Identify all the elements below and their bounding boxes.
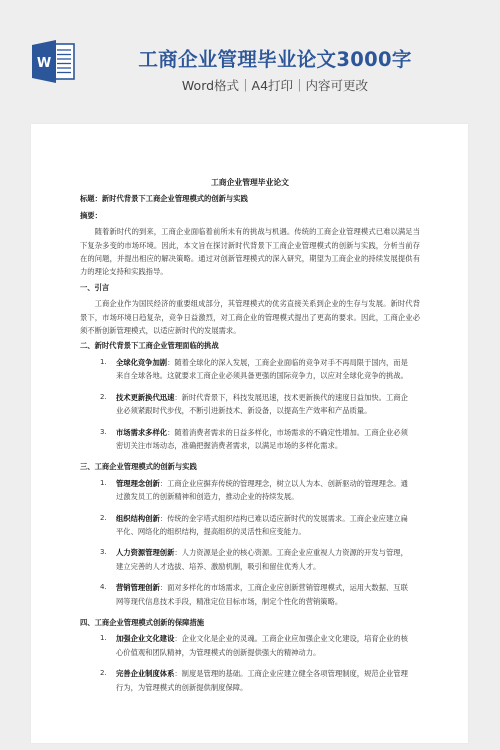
section-heading: 二、新时代背景下工商企业管理面临的挑战 [80, 339, 420, 352]
item-lead: 组织结构创新 [116, 514, 160, 523]
item-lead: 管理理念创新 [116, 479, 160, 488]
list-item: 1.全球化竞争加剧：随着全球化的深入发展，工商企业面临的竞争对手不再局限于国内，… [80, 356, 420, 383]
page-subtitle: Word格式｜A4打印｜内容可更改 [135, 76, 415, 94]
list-item: 2.完善企业制度体系：制度是管理的基础。工商企业应建立健全各项管理制度，规范企业… [80, 667, 420, 694]
item-number: 2. [100, 391, 107, 404]
document-body: 工商企业管理毕业论文 标题：新时代背景下工商企业管理模式的创新与实践 摘要： 随… [80, 176, 420, 702]
item-lead: 技术更新换代迅速 [116, 393, 174, 402]
section-heading: 三、工商企业管理模式的创新与实践 [80, 460, 420, 473]
list-item: 1.加强企业文化建设：企业文化是企业的灵魂。工商企业应加强企业文化建设，培育企业… [80, 632, 420, 659]
list-item: 3.市场需求多样化：随着消费者需求的日益多样化，市场需求的不确定性增加。工商企业… [80, 426, 420, 453]
innovation-list: 1.管理理念创新：工商企业应摒弃传统的管理理念，树立以人为本、创新驱动的管理理念… [80, 477, 420, 608]
item-lead: 营销管理创新 [116, 583, 160, 592]
page-title: 工商企业管理毕业论文3000字 [135, 44, 415, 72]
list-item: 2.技术更新换代迅速：新时代背景下，科技发展迅速，技术更新换代的速度日益加快。工… [80, 391, 420, 418]
document-title-line: 标题：新时代背景下工商企业管理模式的创新与实践 [80, 192, 420, 205]
page-header: W 工商企业管理毕业论文3000字 Word格式｜A4打印｜内容可更改 [0, 0, 500, 124]
list-item: 4.营销管理创新：面对多样化的市场需求，工商企业应创新营销管理模式，运用大数据、… [80, 581, 420, 608]
svg-text:W: W [37, 56, 51, 71]
item-lead: 人力资源管理创新 [116, 548, 174, 557]
item-text: ：传统的金字塔式组织结构已难以适应新时代的发展需求。工商企业应建立扁平化、网络化… [116, 514, 408, 536]
intro-paragraph: 工商企业作为国民经济的重要组成部分，其管理模式的优劣直接关系到企业的生存与发展。… [80, 297, 420, 337]
item-number: 1. [100, 632, 107, 645]
section-heading: 四、工商企业管理模式创新的保障措施 [80, 616, 420, 629]
document-page: 工商企业管理毕业论文 标题：新时代背景下工商企业管理模式的创新与实践 摘要： 随… [31, 124, 468, 743]
item-number: 2. [100, 512, 107, 525]
item-text: ：工商企业应摒弃传统的管理理念，树立以人为本、创新驱动的管理理念。通过激发员工的… [116, 479, 408, 501]
document-heading: 工商企业管理毕业论文 [80, 176, 420, 189]
list-item: 2.组织结构创新：传统的金字塔式组织结构已难以适应新时代的发展需求。工商企业应建… [80, 512, 420, 539]
item-number: 2. [100, 667, 107, 680]
item-lead: 全球化竞争加剧 [116, 358, 167, 367]
item-text: ：面对多样化的市场需求，工商企业应创新营销管理模式，运用大数据、互联网等现代信息… [116, 583, 408, 605]
section-heading: 一、引言 [80, 281, 420, 294]
item-number: 4. [100, 581, 107, 594]
item-lead: 市场需求多样化 [116, 428, 167, 437]
item-number: 3. [100, 426, 107, 439]
word-document-icon: W [31, 40, 76, 83]
list-item: 1.管理理念创新：工商企业应摒弃传统的管理理念，树立以人为本、创新驱动的管理理念… [80, 477, 420, 504]
item-number: 3. [100, 546, 107, 559]
safeguards-list: 1.加强企业文化建设：企业文化是企业的灵魂。工商企业应加强企业文化建设，培育企业… [80, 632, 420, 694]
item-lead: 加强企业文化建设 [116, 634, 174, 643]
list-item: 3.人力资源管理创新：人力资源是企业的核心资源。工商企业应重视人力资源的开发与管… [80, 546, 420, 573]
item-number: 1. [100, 356, 107, 369]
challenges-list: 1.全球化竞争加剧：随着全球化的深入发展，工商企业面临的竞争对手不再局限于国内，… [80, 356, 420, 452]
abstract-label: 摘要： [80, 209, 420, 222]
item-lead: 完善企业制度体系 [116, 669, 174, 678]
item-number: 1. [100, 477, 107, 490]
abstract-paragraph: 随着新时代的到来，工商企业面临着前所未有的挑战与机遇。传统的工商企业管理模式已难… [80, 225, 420, 279]
